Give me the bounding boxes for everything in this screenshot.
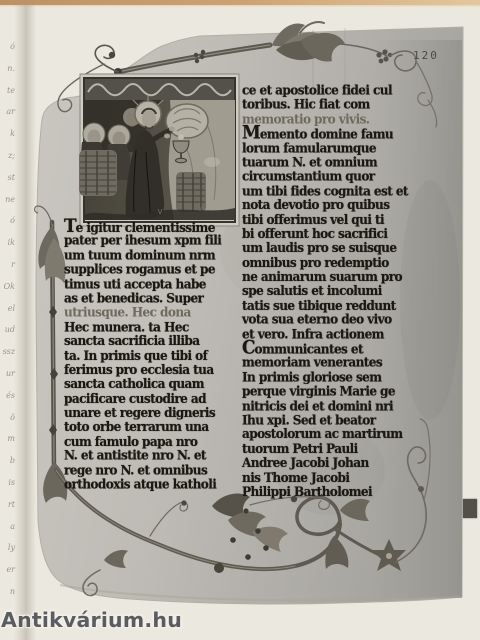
gutter-fragment: ó (0, 36, 15, 58)
gutter-fragment: ly (0, 537, 15, 559)
manuscript-text-line: spe salutis et incolumi (242, 285, 417, 299)
manuscript-text-line: nis Thome Jacobi (242, 471, 417, 485)
rock-highlight (204, 157, 220, 167)
manuscript-text-line: sancta catholica quam (64, 378, 244, 392)
gutter-fragment: el (0, 298, 15, 320)
manuscript-text-line: nitricis dei et domini nri (242, 399, 417, 413)
gutter-shadow (14, 5, 36, 640)
curl-flower-icon (109, 52, 115, 58)
manuscript-text-line: as et benedicas. Super (64, 292, 244, 306)
christ-hand (164, 134, 170, 139)
manuscript-text-line: vota sua eterno deo vivo (242, 313, 417, 327)
manuscript-text-line: circumstantium quor (242, 170, 417, 184)
gutter-fragment: n (0, 581, 15, 603)
gutter-fragment: ne (0, 189, 15, 211)
gutter-fragment: n. (0, 58, 15, 80)
gutter-fragment: a (0, 516, 15, 538)
gutter-fragment: ar (0, 101, 15, 123)
gutter-fragment: ur (0, 363, 15, 385)
gutter-fragment: ud (0, 319, 15, 341)
gutter-fragment: Ok (0, 276, 15, 298)
manuscript-text-line: lorum famularumque (242, 141, 417, 155)
gutter-fragment: ssz (0, 341, 15, 363)
gutter-fragment: rt (0, 494, 15, 516)
manuscript-right-column: ce et apostolice fidei cultoribus. Hic f… (242, 84, 417, 500)
manuscript-text-line: toto orbe terrarum una (64, 421, 244, 435)
manuscript-text-line: memoriam venerantes (242, 356, 417, 370)
gutter-fragment: ö (0, 407, 15, 429)
manuscript-text-line: tibi offerimus vel qui ti (242, 213, 417, 227)
gutter-text-fragments: ón.tearkz;stneóikrOkeludsszurésömbisrtal… (0, 36, 15, 603)
gutter-fragment: r (0, 254, 15, 276)
manuscript-left-column: Te igitur clementissimepater per ihesum … (64, 220, 244, 492)
manuscript-text-line: apostolorum ac martirum (242, 428, 417, 442)
christ-hand (169, 127, 175, 132)
gutter-fragment: z; (0, 145, 15, 167)
manuscript-text-line: N. et antistite nro N. et (64, 449, 244, 463)
gutter-fragment: m (0, 428, 15, 450)
gutter-fragment: te (0, 80, 15, 102)
manuscript-text-line: nota devotio pro quibus (242, 199, 417, 213)
gutter-fragment: és (0, 385, 15, 407)
gutter-fragment: b (0, 450, 15, 472)
vine-ball (214, 563, 224, 573)
manuscript-text-line: Memento domine famu (242, 127, 417, 141)
manuscript-text-line: orthodoxis atque katholi (64, 478, 244, 492)
gutter-fragment: is (0, 472, 15, 494)
watermark-text: Antikvárium.hu (1, 608, 182, 632)
manuscript-text-line: ta. In primis que tibi of (64, 349, 244, 363)
manuscript-text-line: toribus. Hic fiat com (242, 98, 417, 112)
gutter-fragment: k (0, 123, 15, 145)
manuscript-text-line: utriusque. Hec dona (64, 306, 244, 320)
manuscript-text-line: perque virginis Marie ge (242, 385, 417, 399)
flourish-bud (418, 486, 424, 492)
wattle-fence (176, 172, 206, 212)
wattle-fence (79, 150, 117, 196)
manuscript-text-line: et vero. Infra actionem (242, 328, 417, 342)
star-leaf-center (386, 553, 392, 559)
manuscript-text-line: sancta sacrificia illiba (64, 335, 244, 349)
book-edge-strip (0, 0, 480, 5)
page-number: 120 (413, 49, 439, 62)
manuscript-text-line: pater per ihesum xpm fili (64, 234, 244, 248)
scanned-book-page: Te igitur clementissimepater per ihesum … (0, 0, 480, 640)
manuscript-text-line: Philippi Bartholomei (242, 485, 417, 499)
book-edge-highlight (0, 5, 480, 7)
gutter-fragment: er (0, 559, 15, 581)
manuscript-text-line: pacificare custodire ad (64, 392, 244, 406)
manuscript-text-line: supplices rogamus et pe (64, 263, 244, 277)
manuscript-text-line: Andree Jacobi Johan (242, 457, 417, 471)
manuscript-text-line: omnibus pro redemptio (242, 256, 417, 270)
christ-head (142, 111, 156, 128)
gutter-fragment: ó (0, 210, 15, 232)
manuscript-text-line: memoratio pro vivis. (242, 113, 417, 127)
manuscript-text-line: um laudis pro se suisque (242, 242, 417, 256)
gutter-fragment: st (0, 167, 15, 189)
manuscript-text-line: rege nro N. et omnibus (64, 464, 244, 478)
tendril-flower-icon (181, 500, 186, 505)
miniature-agony-in-the-garden (79, 74, 239, 226)
registration-mark (463, 499, 477, 518)
gutter-fragment: ik (0, 232, 15, 254)
manuscript-text-line: timus uti accepta habe (64, 277, 244, 291)
